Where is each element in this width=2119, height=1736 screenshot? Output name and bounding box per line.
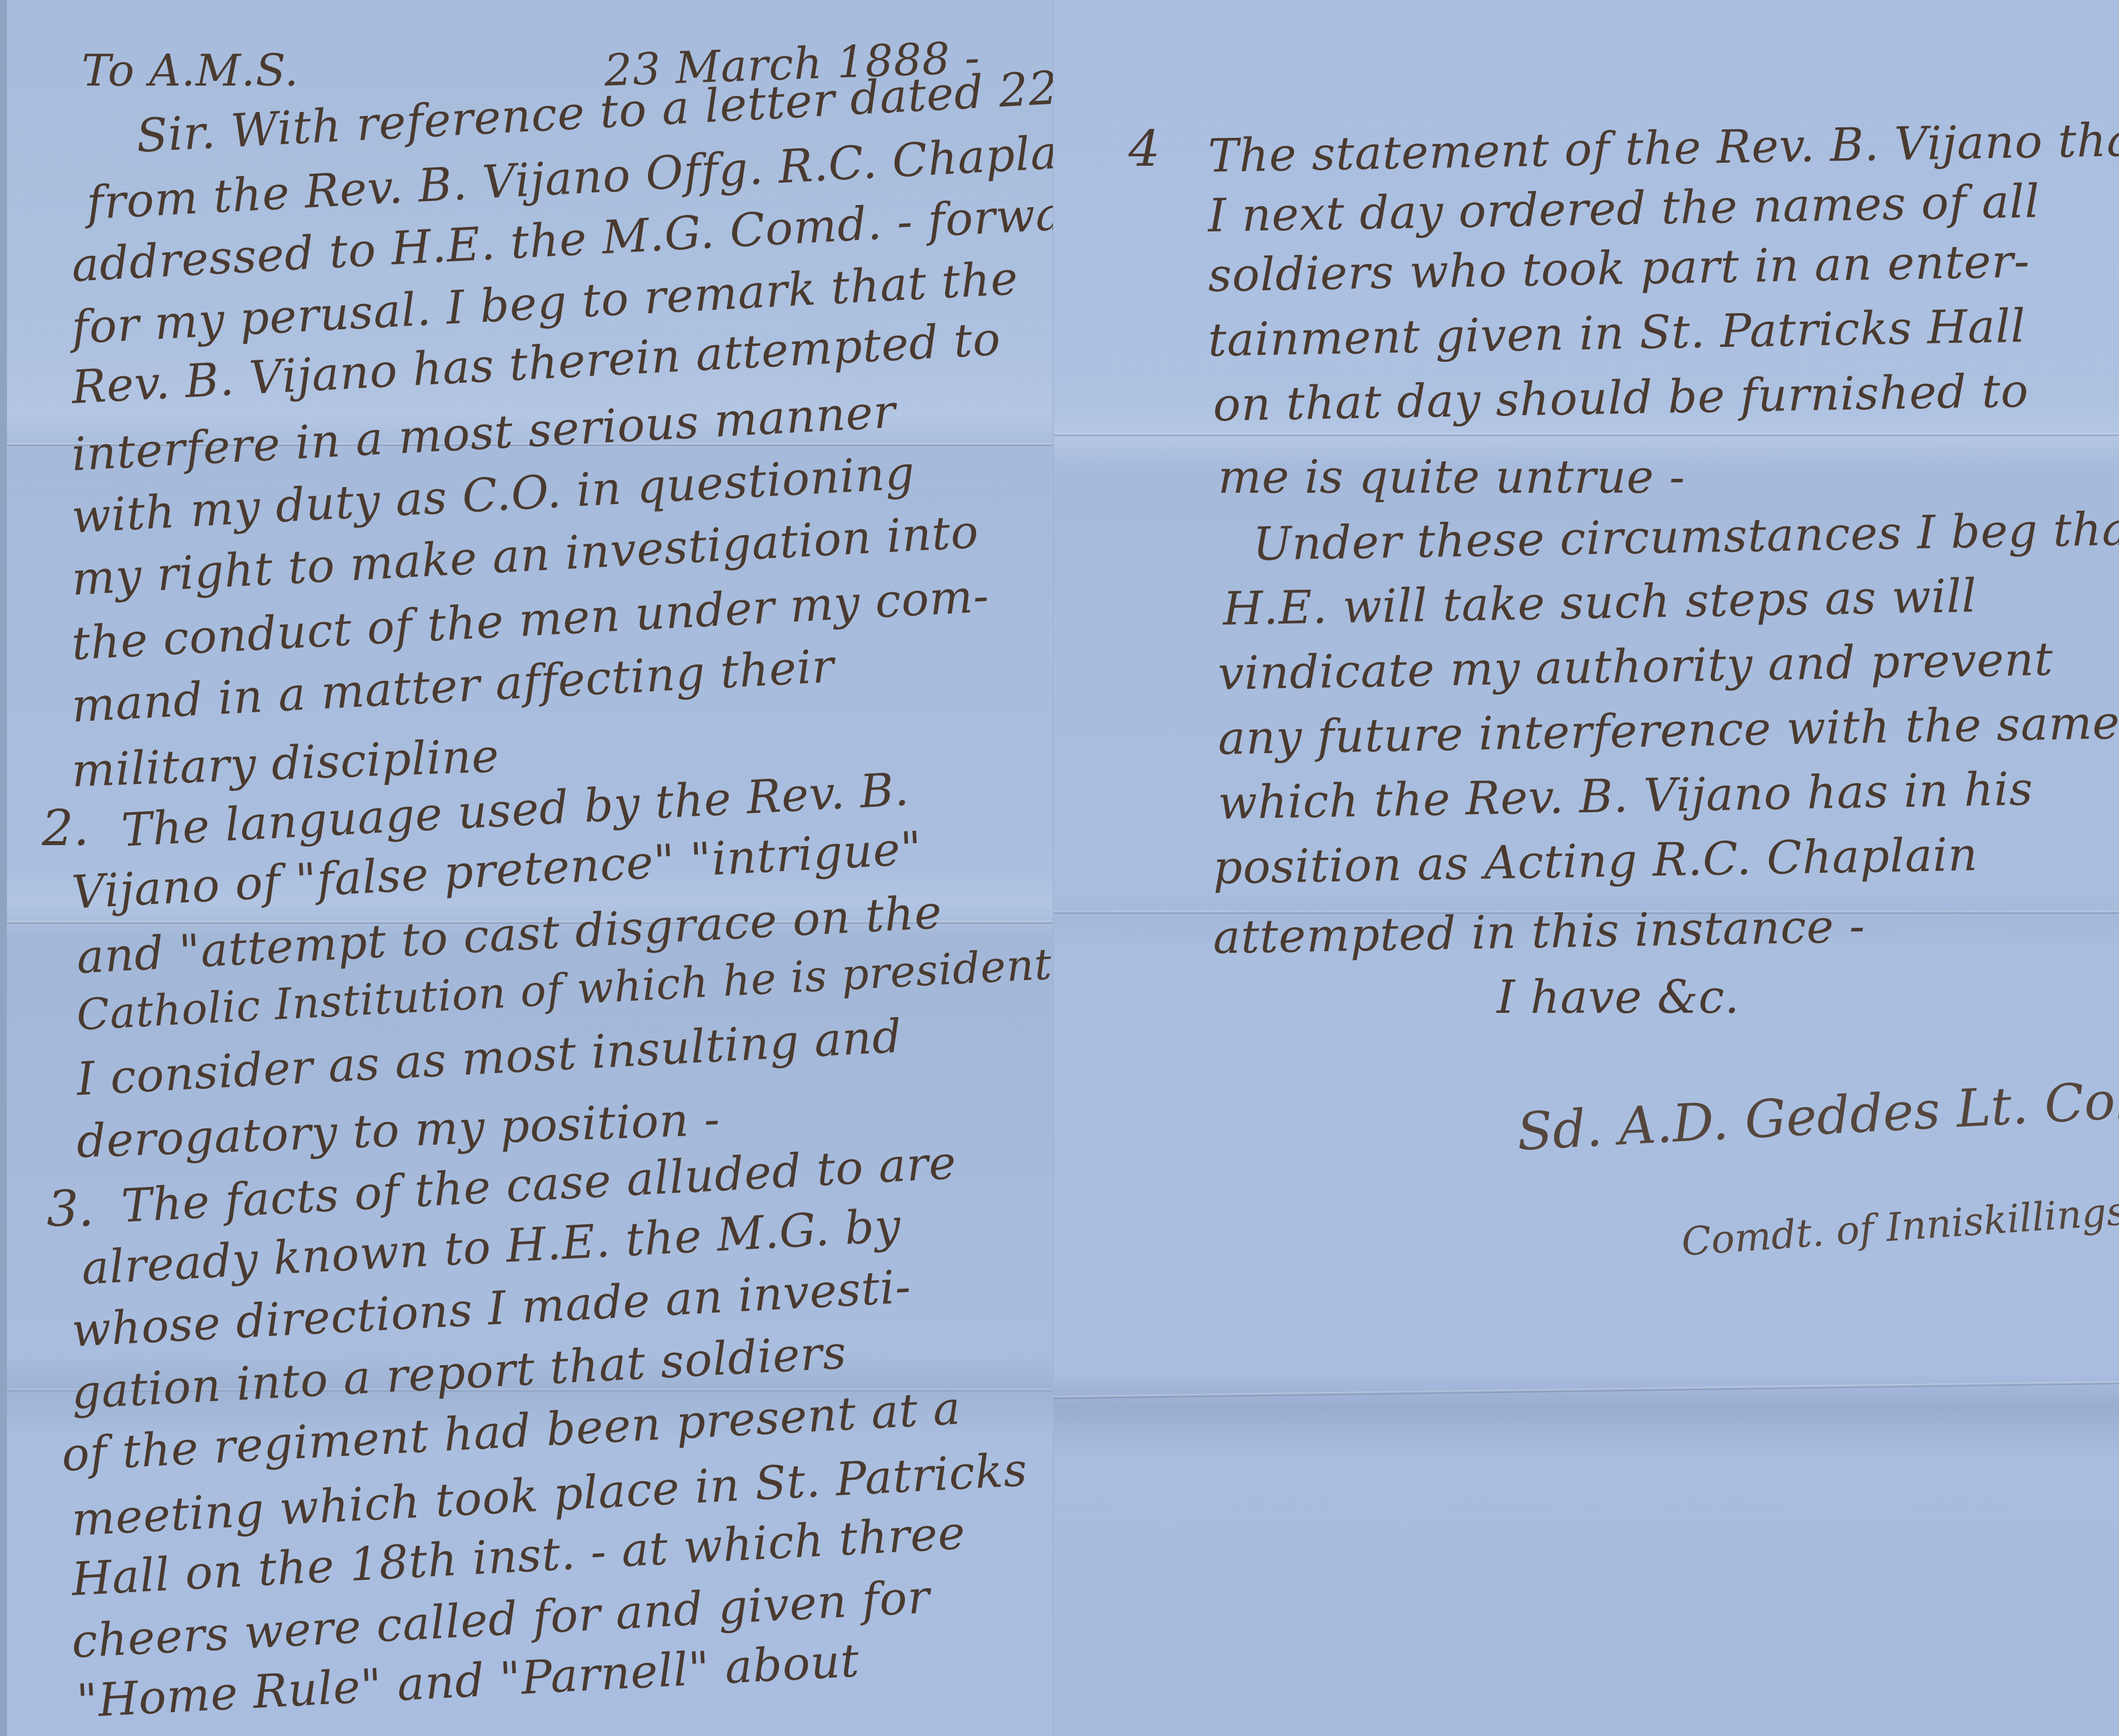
letter-line: soldiers who took part in an enter-: [1208, 234, 2030, 302]
fold-line: [1054, 433, 2119, 436]
letter-line: me is quite untrue -: [1218, 450, 1685, 504]
signature-name: Sd. A.D. Geddes Lt. Col.: [1516, 1069, 2119, 1162]
right-page: 4 The statement of the Rev. B. Vijano th…: [1053, 0, 2119, 1736]
letter-line: vindicate my authority and prevent: [1218, 633, 2054, 700]
letter-line: H.E. will take such steps as will: [1223, 569, 1977, 636]
letter-line: which the Rev. B. Vijano has in his: [1218, 762, 2033, 830]
signature-title: Comdt. of Inniskillings: [1680, 1189, 2119, 1265]
letter-line: tainment given in St. Patricks Hall: [1208, 299, 2026, 367]
letter-line: any future interference with the same: [1218, 696, 2119, 765]
letter-line: on that day should be furnished to: [1213, 364, 2029, 432]
paragraph-number: 4: [1128, 119, 1160, 178]
paragraph-number: 3.: [47, 1180, 94, 1238]
left-page: To A.M.S. 23 March 1888 - Sir. With refe…: [0, 0, 1053, 1736]
paragraph-number: 2.: [42, 799, 89, 857]
letter-line: attempted in this instance -: [1213, 899, 1866, 964]
addressee: To A.M.S.: [82, 45, 299, 96]
closing: I have &c.: [1497, 971, 1740, 1024]
letter-line: Under these circumstances I beg that: [1252, 502, 2119, 571]
letter-line: position as Acting R.C. Chaplain: [1213, 828, 1978, 894]
letter-line: The statement of the Rev. B. Vijano that: [1208, 113, 2119, 183]
fold-line: [1054, 1381, 2119, 1399]
letter-line: I next day ordered the names of all: [1208, 175, 2040, 242]
